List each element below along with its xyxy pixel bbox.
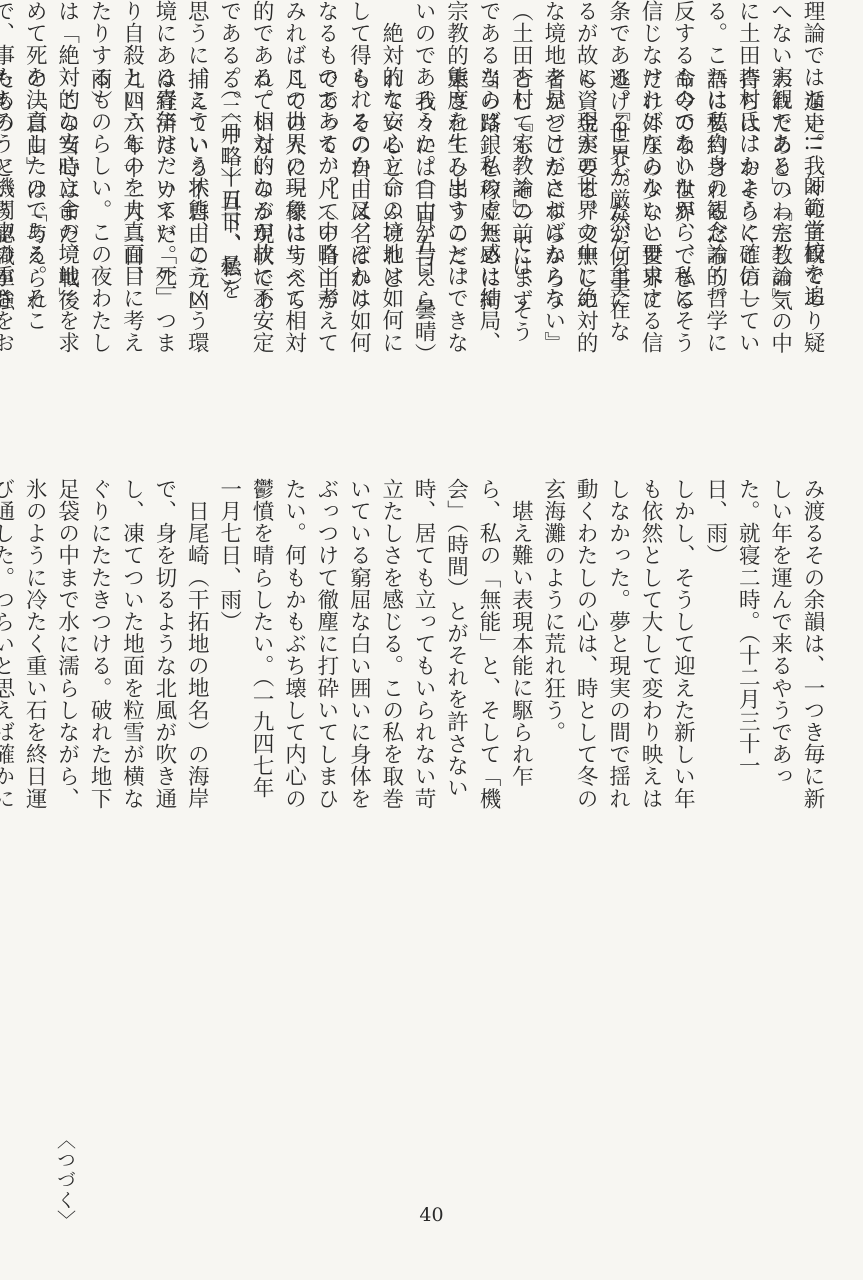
diary-entry: 絶対的な安心立命の境地は如何にして得られるのか、又、それは如何なるものであるか？… (212, 0, 406, 362)
paragraph: 思うに、こういう状態、こういう環境にある青年はたいてい「死」つまり自殺というもの… (0, 0, 212, 362)
page-number: 40 (0, 1204, 863, 1226)
quotation-continued: 理論ではない。我々の直観であり疑へない実観である」、『宗教論』の中に土田杏村氏は… (407, 0, 828, 362)
text-band-middle: み渡るその余韻は、一つき毎に新しい年を運んで来るやうであった。就寝二時。（十二月… (38, 478, 828, 810)
diary-entry-continued: み渡るその余韻は、一つき毎に新しい年を運んで来るやうであった。就寝二時。（十二月… (698, 478, 828, 810)
diary-entry: 堪え難い表現本能に駆られ乍ら、私の「無能」と、そして「機会」（時間）とがそれを許… (212, 478, 536, 810)
diary-entry: 日尾崎（干拓地の地名）の海岸で、身を切るような北風が吹き通し、凍てついた地面を粒… (0, 478, 212, 810)
text-band-bottom: 理論ではない。我々の直観であり疑へない実観である」、『宗教論』の中に土田杏村氏は… (38, 0, 828, 362)
paragraph: しかし、そうして迎えた新しい年も依然として大して変わり映えはしなかった。夢と現実… (536, 478, 698, 810)
